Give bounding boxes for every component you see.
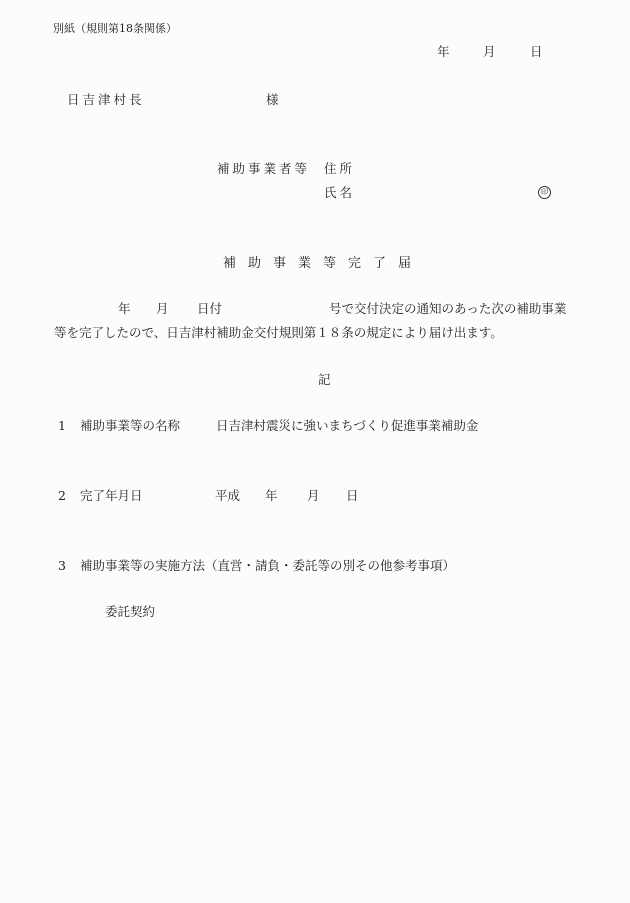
item-number: 2 (58, 490, 66, 503)
item-label: 完了年月日 (80, 490, 143, 503)
completion-day-label: 日 (346, 490, 359, 503)
body-line2: 等を完了したので、日吉津村補助金交付規則第１８条の規定により届け出ます。 (54, 327, 503, 340)
applicant-label: 補助事業者等 (217, 163, 310, 176)
document-title: 補助事業等完了届 (223, 257, 423, 270)
form-label: 別紙（規則第18条関係） (53, 23, 177, 34)
addressee-name: 日吉津村長 (67, 94, 145, 107)
item-value: 日吉津村震災に強いまちづくり促進事業補助金 (216, 420, 478, 433)
completion-era: 平成 (215, 490, 240, 503)
body-dated-label: 日付 (197, 303, 222, 316)
item-number: 3 (58, 560, 66, 573)
address-label: 住所 (324, 163, 355, 176)
item-label: 補助事業等の実施方法（直営・請負・委託等の別その他参考事項） (80, 560, 455, 573)
body-line1-rest: 号で交付決定の通知のあった次の補助事業 (329, 303, 566, 316)
date-month-label: 月 (483, 46, 496, 59)
body-year-label: 年 (118, 303, 131, 316)
completion-year-label: 年 (265, 490, 278, 503)
item-value: 委託契約 (105, 606, 155, 619)
item-number: 1 (58, 420, 66, 433)
name-label: 氏名 (324, 187, 355, 200)
date-day-label: 日 (530, 46, 543, 59)
body-month-label: 月 (156, 303, 169, 316)
date-year-label: 年 (437, 46, 450, 59)
addressee-honorific: 様 (266, 94, 279, 107)
completion-month-label: 月 (307, 490, 320, 503)
item-label: 補助事業等の名称 (80, 420, 180, 433)
seal-mark-icon: 印 (538, 186, 551, 199)
ki-heading: 記 (318, 374, 331, 387)
